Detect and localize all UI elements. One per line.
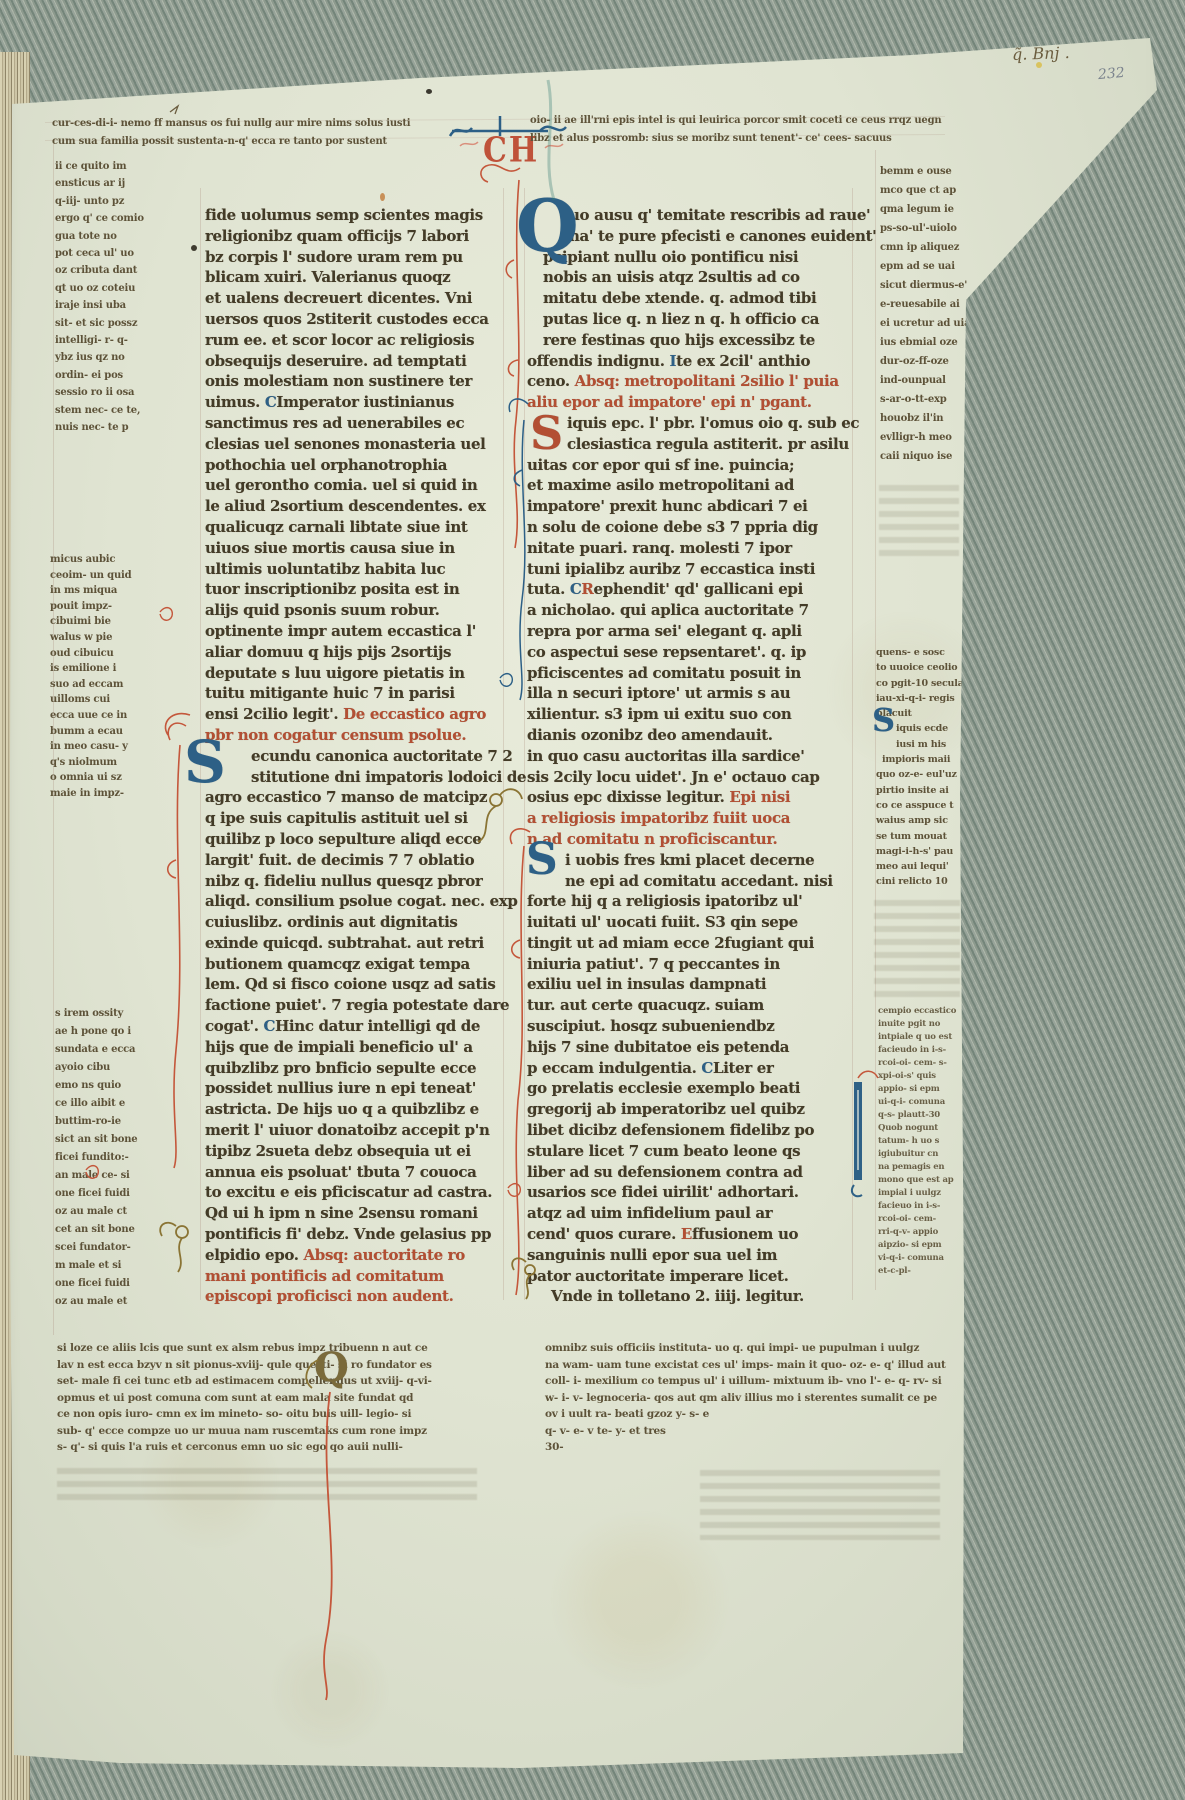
text-line: oz au male et (55, 1293, 147, 1311)
text-line: tur. aut certe quacuqz. suiam (527, 995, 853, 1016)
text-line: nobis an uisis atqz 2sultis ad co (527, 267, 853, 288)
text-line: aliu epor ad impatore' epi n' pgant. (527, 392, 853, 413)
initial-s-right-gloss: S (872, 704, 895, 736)
text-line: cet an sit bone (55, 1221, 147, 1239)
text-line: pouit impz- (50, 599, 152, 615)
text-line: oio- ii ae ill'rni epis intel is qui leu… (530, 112, 942, 130)
text-line: micus aubic (50, 552, 152, 568)
text-line: sub- q' ecce compze uo ur muua nam rusce… (57, 1423, 507, 1440)
text-line: inuite pgit no (878, 1018, 960, 1031)
text-line: w- i- v- legnoceria- qos aut qm aliv ill… (545, 1390, 947, 1407)
text-line: ensi 2cilio legit'. De eccastico agro (205, 704, 503, 725)
text-line: ei ucretur ad uia (880, 314, 962, 333)
text-line: quibzlibz pro bnficio sepulte ecce (205, 1058, 503, 1079)
text-line: epm ad se uai (880, 257, 962, 276)
text-line: hijs que de impiali beneficio ul' a (205, 1037, 503, 1058)
text-line: rum ee. et scor locor ac religiosis (205, 330, 503, 351)
top-gloss-right: oio- ii ae ill'rni epis intel is qui leu… (530, 112, 942, 148)
text-line: possidet nullius iure n epi teneat' (205, 1078, 503, 1099)
text-line: sis 2cily locu uidet'. Jn e' octauo cap (527, 767, 853, 788)
text-line: hijs 7 sine dubitatoe eis petenda (527, 1037, 853, 1058)
text-line: et-c-pl- (878, 1265, 960, 1278)
text-line: scei fundator- (55, 1239, 147, 1257)
text-line: et ualens decreuert dicentes. Vni (205, 288, 503, 309)
text-line: sundata e ecca (55, 1041, 147, 1059)
text-line: in quo casu auctoritas illa sardice' (527, 746, 853, 767)
text-line: co ce asspuce t (876, 798, 962, 813)
text-line: s-ar-o-tt-exp (880, 390, 962, 409)
text-line: tatum- h uo s (878, 1135, 960, 1148)
text-line: dur-oz-ff-oze (880, 352, 962, 371)
text-line: tipibz 2sueta debz obsequia ut ei (205, 1141, 503, 1162)
text-line: pficiscentes ad comitatu posuit in (527, 663, 853, 684)
text-line: emo ns quio (55, 1077, 147, 1095)
text-line: iquis epc. l' pbr. l'omus oio q. sub ec (527, 413, 853, 434)
text-line: p eccam indulgentia. CLiter er (527, 1058, 853, 1079)
text-line: ecundu canonica auctoritate 7 2 (205, 746, 503, 767)
text-line: na wam- uam tune excistat ces ul' imps- … (545, 1357, 947, 1374)
orange-fleck (380, 193, 385, 201)
text-line: libz et alus possromb: sius se moribz su… (530, 130, 942, 148)
shelfmark-inscription: q̃. Bnj . (1012, 43, 1070, 64)
manuscript-photo: q̃. Bnj . 232 ā, CH cur-ces-di-i- nemo f… (0, 0, 1185, 1800)
text-line: impioris maii (876, 752, 962, 767)
text-line: pot ceca ul' uo (55, 245, 155, 262)
initial-s-blue-column2: S (526, 838, 558, 882)
text-line: quo oz-e- eul'uz (876, 767, 962, 782)
text-line: to excitu e eis pficiscatur ad castra. (205, 1182, 503, 1203)
text-line: q-iij- unto pz (55, 193, 155, 210)
text-line: exinde quicqd. subtrahat. aut retri (205, 933, 503, 954)
text-line: bemm e ouse (880, 162, 962, 181)
text-line: ultimis uoluntatibz habita luc (205, 559, 503, 580)
bottom-gloss-right: omnibz suis officiis instituta- uo q. qu… (545, 1340, 947, 1456)
text-line: cum sua familia possit sustenta-n-q' ecc… (52, 133, 508, 151)
text-line: ae h pone qo i (55, 1023, 147, 1041)
text-line: one ficei fuidi (55, 1185, 147, 1203)
text-line: iniuria patiut'. 7 q peccantes in (527, 954, 853, 975)
left-margin-gloss-a: ii ce quito imensticus ar ijq-iij- unto … (55, 158, 155, 437)
text-line: tuta. CRephendit' qd' gallicani epi (527, 579, 853, 600)
text-line: fide uolumus semp scientes magis (205, 205, 503, 226)
text-line: xilientur. s3 ipm ui exitu suo con (527, 704, 853, 725)
text-line: n ad comitatu n proficiscantur. (527, 829, 853, 850)
text-line: to uuoice ceolio (876, 660, 962, 675)
text-line: intpiale q uo est (878, 1031, 960, 1044)
text-line: ceno. Absq: metropolitani 2silio l' puia (527, 371, 853, 392)
text-line: si loze ce aliis lcis que sunt ex alsm r… (57, 1340, 507, 1357)
text-line: Vnde in tolletano 2. iiij. legitur. (527, 1286, 853, 1307)
text-line: osius epc dixisse legitur. Epi nisi (527, 787, 853, 808)
text-line: liber ad su defensionem contra ad (527, 1162, 853, 1183)
text-line: quens- e sosc (876, 645, 962, 660)
text-line: stitutione dni impatoris lodoici de (205, 767, 503, 788)
text-line: ius ebmial oze (880, 333, 962, 352)
text-line: aipzio- si epm (878, 1239, 960, 1252)
text-line: rcoi-oi- cem- (878, 1213, 960, 1226)
text-line: iusi m his (876, 737, 962, 752)
text-line: co pgit-10 secula (876, 676, 962, 691)
text-line: igiubuitur cn (878, 1148, 960, 1161)
text-line: opmus et ui post comuna com sunt at eam … (57, 1390, 507, 1407)
text-line: uilloms cui (50, 692, 152, 708)
text-line: sict an sit bone (55, 1131, 147, 1149)
text-line: elpidio epo. Absq: auctoritate ro (205, 1245, 503, 1266)
left-margin-gloss-c: s irem ossityae h pone qo isundata e ecc… (55, 1005, 147, 1311)
text-line: iraje insi uba (55, 297, 155, 314)
text-line: cur-ces-di-i- nemo ff mansus os fui null… (52, 115, 508, 133)
text-line: ov i uult ra- beati gzoz y- s- e (545, 1406, 947, 1423)
text-line: clesias uel senones monasteria uel (205, 434, 503, 455)
text-line: bz corpis l' sudore uram rem pu (205, 247, 503, 268)
yellow-fleck (1036, 62, 1042, 68)
text-line: impial i uulgz (878, 1187, 960, 1200)
text-line: se tum mouat (876, 829, 962, 844)
text-line: bumm a ecau (50, 724, 152, 740)
text-line: lem. Qd si fisco coione usqz ad satis (205, 974, 503, 995)
text-line: ps-so-ul'-uiolo (880, 219, 962, 238)
text-line: dianis ozonibz deo amendauit. (527, 725, 853, 746)
text-line: evlligr-h meo (880, 428, 962, 447)
text-line: rcoi-oi- cem- s- (878, 1057, 960, 1070)
text-line: oz au male ct (55, 1203, 147, 1221)
text-line: q's niolmum (50, 755, 152, 771)
parchment-page: q̃. Bnj . 232 ā, CH cur-ces-di-i- nemo f… (0, 0, 1185, 1800)
text-line: qma legum ie (880, 200, 962, 219)
text-line: appio- si epm (878, 1083, 960, 1096)
text-line: religionibz quam officijs 7 labori (205, 226, 503, 247)
left-margin-gloss-b: micus aubicceoim- un quidin ms miquapoui… (50, 552, 152, 802)
text-line: ind-ounpual (880, 371, 962, 390)
text-line: exiliu uel in insulas dampnati (527, 974, 853, 995)
text-line: obsequijs deseruire. ad temptati (205, 351, 503, 372)
text-line: impatore' prexit hunc abdicari 7 ei (527, 496, 853, 517)
text-line: illa n securi iptore' ut armis s au (527, 683, 853, 704)
right-margin-gloss-c: cempio eccasticoinuite pgit nointpiale q… (878, 1005, 960, 1278)
text-line: episcopi proficisci non audent. (205, 1286, 503, 1307)
text-line: nuis nec- te p (55, 419, 155, 436)
text-line: maie in impz- (50, 786, 152, 802)
text-line: ceoim- un quid (50, 568, 152, 584)
text-line: ybz ius qz no (55, 349, 155, 366)
text-line: meo aui lequi' (876, 859, 962, 874)
parchment-blemish (516, 48, 539, 69)
text-line: an male ce- si (55, 1167, 147, 1185)
text-line: annua eis psoluat' tbuta 7 couoca (205, 1162, 503, 1183)
text-line: a nicholao. qui aplica auctoritate 7 (527, 600, 853, 621)
text-line: ordin- ei pos (55, 367, 155, 384)
text-line: oz cributa dant (55, 262, 155, 279)
text-line: ne epi ad comitatu accedant. nisi (527, 871, 853, 892)
text-line: sanguinis nulli epor sua uel im (527, 1245, 853, 1266)
text-line: cini relicto 10 (876, 874, 962, 889)
text-line: uersos quos 2stiterit custodes ecca (205, 309, 503, 330)
text-line: buttim-ro-ie (55, 1113, 147, 1131)
text-line: le aliud 2sortium descendentes. ex (205, 496, 503, 517)
text-line: alijs quid psonis suum robur. (205, 600, 503, 621)
text-line: go prelatis ecclesie exemplo beati (527, 1078, 853, 1099)
text-line: aliqd. consilium psolue cogat. nec. exp (205, 891, 503, 912)
text-line: uimus. CImperator iustinianus (205, 392, 503, 413)
showthrough-text (874, 900, 960, 1000)
text-line: suscipiut. hosqz subueniendbz (527, 1016, 853, 1037)
text-line: deputate s luu uigore pietatis in (205, 663, 503, 684)
showthrough-text (57, 1468, 477, 1504)
text-line: quilibz p loco sepulture aliqd ecce (205, 829, 503, 850)
text-line: tuni ipialibz auribz 7 eccastica insti (527, 559, 853, 580)
text-line: forte hij q a religiosis ipatoribz ul' (527, 891, 853, 912)
text-line: nibz q. fideliu nullus quesqz pbror (205, 871, 503, 892)
text-line: libet dicibz defensionem fidelibz po (527, 1120, 853, 1141)
initial-s-column1: S (184, 733, 226, 791)
text-line: rri-q-v- appio (878, 1226, 960, 1239)
text-line: optinente impr autem eccastica l' (205, 621, 503, 642)
text-line: ce non opis iuro- cmn ex im mineto- so- … (57, 1406, 507, 1423)
text-line: cmn ip aliquez (880, 238, 962, 257)
text-line: ensticus ar ij (55, 175, 155, 192)
text-line: o omnia ui sz (50, 770, 152, 786)
text-line: mco que ct ap (880, 181, 962, 200)
text-line: cogat'. CHinc datur intelligi qd de (205, 1016, 503, 1037)
text-line: suo ad eccam (50, 677, 152, 693)
text-line: houobz il'in (880, 409, 962, 428)
text-line: i uobis fres kmi placet decerne (527, 850, 853, 871)
text-line: pontificis fi' debz. Vnde gelasius pp (205, 1224, 503, 1245)
text-line: iuitati ul' uocati fuiit. S3 qin sepe (527, 912, 853, 933)
text-line: intelligi- r- q- (55, 332, 155, 349)
text-line: one ficei fuidi (55, 1275, 147, 1293)
text-line: cempio eccastico (878, 1005, 960, 1018)
text-line: gregorij ab imperatoribz uel quibz (527, 1099, 853, 1120)
text-line: ficei fundito:- (55, 1149, 147, 1167)
bottom-gloss-left: si loze ce aliis lcis que sunt ex alsm r… (57, 1340, 507, 1456)
text-line: in ms miqua (50, 583, 152, 599)
text-line: uiuos siue mortis causa siue in (205, 538, 503, 559)
text-line: repra por arma sei' elegant q. apli (527, 621, 853, 642)
text-line: ergo q' ce comio (55, 210, 155, 227)
text-line: sanctimus res ad uenerabiles ec (205, 413, 503, 434)
text-line: et maxime asilo metropolitani ad (527, 475, 853, 496)
text-line: Quob nogunt (878, 1122, 960, 1135)
showthrough-text (700, 1470, 940, 1540)
text-line: pirtio insite ai (876, 783, 962, 798)
text-line: xpi-oi-s' quis (878, 1070, 960, 1083)
text-line: e-reuesabile ai (880, 295, 962, 314)
text-line: caii niquo ise (880, 447, 962, 466)
text-line: nitate puari. ranq. molesti 7 ipor (527, 538, 853, 559)
text-line: butionem quamcqz exigat tempa (205, 954, 503, 975)
text-line: ce illo aibit e (55, 1095, 147, 1113)
text-line: lav n est ecca bzyv n sit pionus-xviij- … (57, 1357, 507, 1374)
text-line: factione puiet'. 7 regia potestate dare (205, 995, 503, 1016)
text-line: a religiosis impatoribz fuiit uoca (527, 808, 853, 829)
text-line: agro eccastico 7 manso de matcipz (205, 787, 503, 808)
text-line: qt uo oz coteiu (55, 280, 155, 297)
text-line: cibuimi bie (50, 614, 152, 630)
text-line: in meo casu- y (50, 739, 152, 755)
text-line: ecca uue ce in (50, 708, 152, 724)
text-line: uel gerontho comia. uel si quid in (205, 475, 503, 496)
text-line: is emilione i (50, 661, 152, 677)
text-line: mono que est ap (878, 1174, 960, 1187)
text-line: walus w pie (50, 630, 152, 646)
text-line: sessio ro ii osa (55, 384, 155, 401)
text-line: cuiuslibz. ordinis aut dignitatis (205, 912, 503, 933)
text-line: merit l' uiuor donatoibz accepit p'n (205, 1120, 503, 1141)
text-line: coll- i- mexilium co tempus ul' i uillum… (545, 1373, 947, 1390)
text-line: rere festinas quo hijs excessibz te (527, 330, 853, 351)
text-line: magi-i-h-s' pau (876, 844, 962, 859)
text-line: ii ce quito im (55, 158, 155, 175)
right-margin-gloss-b: quens- e soscto uuoice ceolioco pgit-10 … (876, 645, 962, 890)
text-line: facieudo in i-s- (878, 1044, 960, 1057)
text-line: cend' quos curare. Effusionem uo (527, 1224, 853, 1245)
text-line: tingit ut ad miam ecce 2fugiant qui (527, 933, 853, 954)
text-line: Qd ui h ipm n sine 2sensu romani (205, 1203, 503, 1224)
text-line: uitas cor epor qui sf ine. puincia; (527, 455, 853, 476)
text-line: ayoio cibu (55, 1059, 147, 1077)
text-line: waius amp sic (876, 813, 962, 828)
text-line: onis molestiam non sustinere ter (205, 371, 503, 392)
text-line: aliar domuu q hijs pijs 2sortijs (205, 642, 503, 663)
text-line: co aspectui sese repsentaret'. q. ip (527, 642, 853, 663)
text-line: 30- (545, 1439, 947, 1456)
main-text-column-1: fide uolumus semp scientes magisreligion… (205, 205, 503, 1307)
text-line: pbr non cogatur censum psolue. (205, 725, 503, 746)
text-line: s- q'- si quis l'a ruis et cerconus emn … (57, 1439, 507, 1456)
text-line: largit' fuit. de decimis 7 7 oblatio (205, 850, 503, 871)
text-line: astricta. De hijs uo q a quibzlibz e (205, 1099, 503, 1120)
text-line: offendis indignu. Ite ex 2cil' anthio (527, 351, 853, 372)
text-line: mani pontificis ad comitatum (205, 1266, 503, 1287)
text-line: atqz ad uim infidelium paul ar (527, 1203, 853, 1224)
text-line: sicut diermus-e' (880, 276, 962, 295)
text-line: q-s- plautt-30 (878, 1109, 960, 1122)
text-line: sit- et sic possz (55, 315, 155, 332)
text-line: mitatu debe xtende. q. admod tibi (527, 288, 853, 309)
text-line: stem nec- ce te, (55, 402, 155, 419)
parchment-dot (191, 245, 197, 251)
text-line: n solu de coione debe s3 7 ppria dig (527, 517, 853, 538)
text-line: q ipe suis capitulis astituit uel si (205, 808, 503, 829)
text-line: omnibz suis officiis instituta- uo q. qu… (545, 1340, 947, 1357)
main-text-column-2: uo ausu q' temitate rescribis ad raue'na… (527, 205, 853, 1307)
top-gloss-left: cur-ces-di-i- nemo ff mansus os fui null… (52, 115, 508, 151)
text-line: na pemagis en (878, 1161, 960, 1174)
text-line: pator auctoritate imperare licet. (527, 1266, 853, 1287)
text-line: ui-q-i- comuna (878, 1096, 960, 1109)
right-margin-gloss-a: bemm e ousemco que ct apqma legum ieps-s… (880, 162, 962, 466)
text-line: s irem ossity (55, 1005, 147, 1023)
text-line: usarios sce fidei uirilit' adhortari. (527, 1182, 853, 1203)
text-line: qualicuqz carnali libtate siue int (205, 517, 503, 538)
text-line: pothochia uel orphanotrophia (205, 455, 503, 476)
initial-q-bottom-margin: Q (314, 1348, 349, 1388)
text-line: oud cibuicu (50, 646, 152, 662)
text-line: tuitu mitigante huic 7 in parisi (205, 683, 503, 704)
text-line: blicam xuiri. Valerianus quoqz (205, 267, 503, 288)
top-margin-note: ā, (494, 40, 504, 53)
showthrough-text (879, 485, 959, 560)
parchment-dot (426, 89, 432, 94)
text-line: tuor inscriptionibz posita est in (205, 579, 503, 600)
text-line: gua tote no (55, 228, 155, 245)
text-line: vi-q-i- comuna (878, 1252, 960, 1265)
text-line: set- male fi cei tunc etb ad estimacem c… (57, 1373, 507, 1390)
text-line: putas lice q. n liez n q. h officio ca (527, 309, 853, 330)
text-line: clesiastica regula astiterit. pr asilu (527, 434, 853, 455)
text-line: q- v- e- v te- y- et tres (545, 1423, 947, 1440)
text-line: m male et si (55, 1257, 147, 1275)
initial-s-red-column2: S (530, 410, 563, 456)
folio-number-pencil: 232 (1097, 65, 1125, 83)
text-line: stulare licet 7 cum beato leone qs (527, 1141, 853, 1162)
text-line: facieuo in i-s- (878, 1200, 960, 1213)
initial-q-column2: Q (516, 190, 579, 262)
